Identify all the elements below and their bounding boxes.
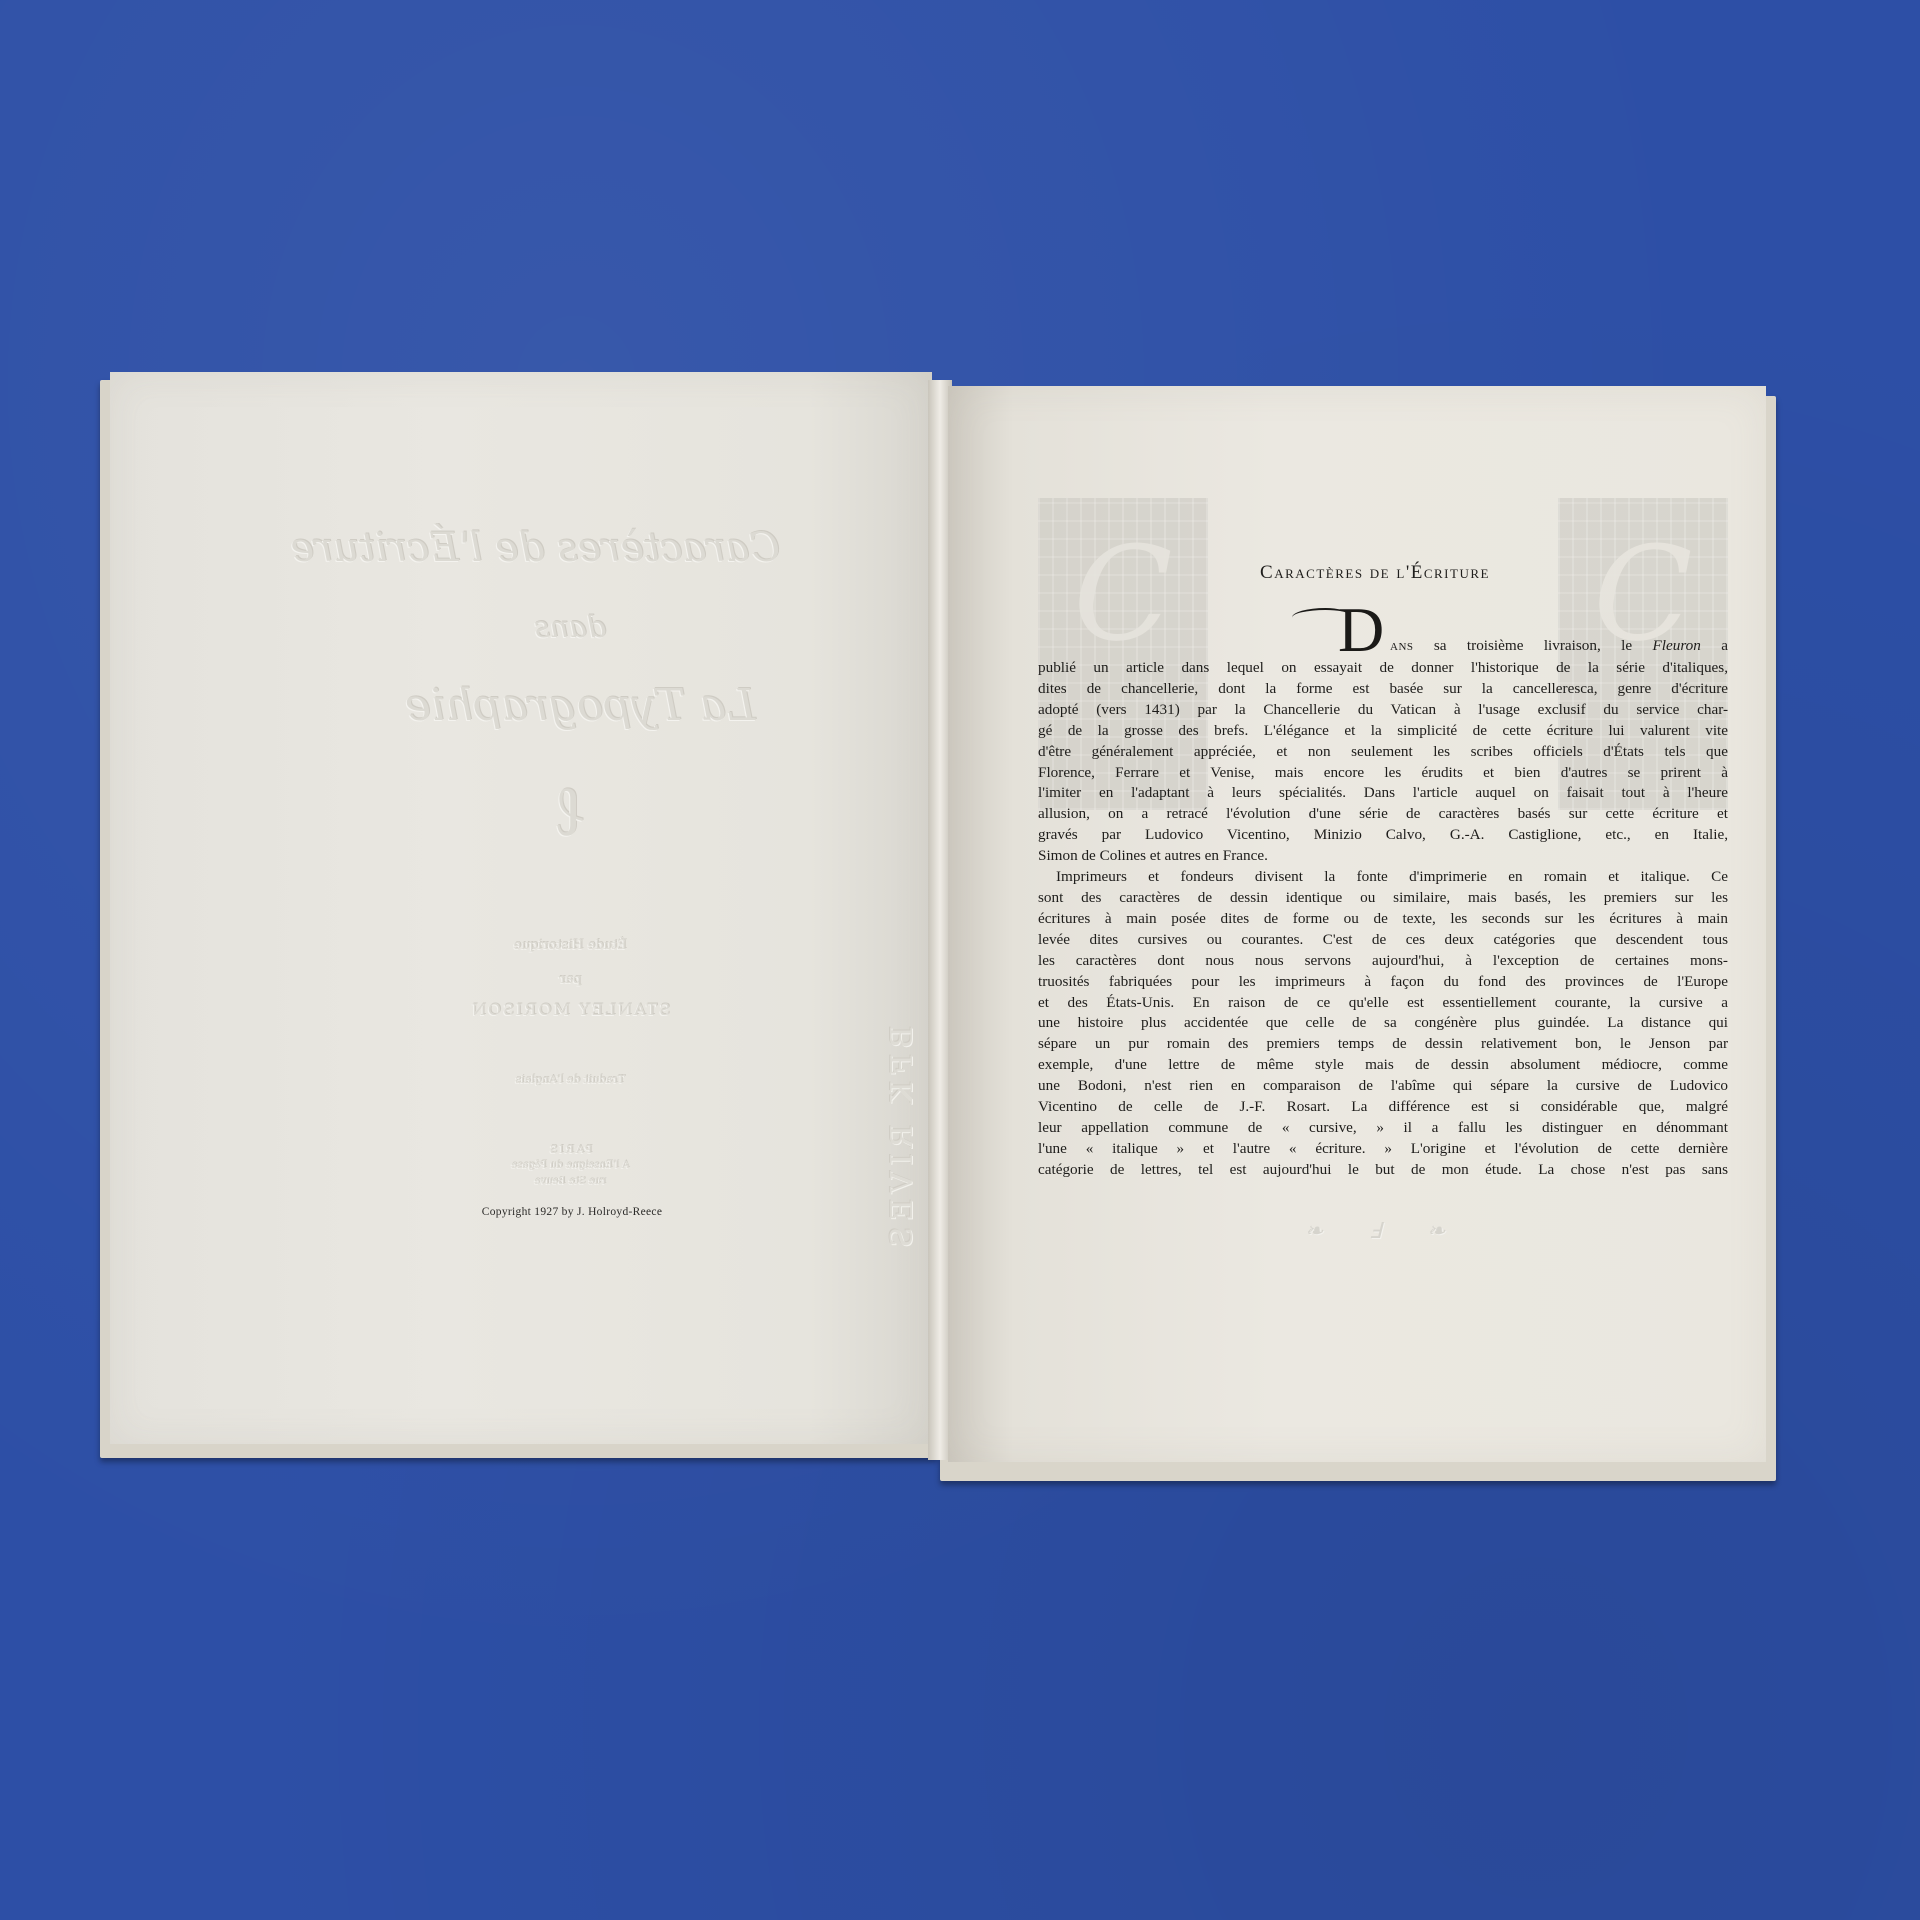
first-line-smallcaps: ans — [1390, 637, 1414, 654]
first-line-text: sa troisième livraison, le — [1414, 637, 1653, 654]
text-line: l'imiter en l'adaptant à leurs spécialit… — [1038, 783, 1728, 804]
text-line: Imprimeurs et fondeurs divisent la fonte… — [1038, 867, 1728, 888]
text-line: allusion, on a retracé l'évolution d'une… — [1038, 804, 1728, 825]
text-line: levée dites cursives ou courantes. C'est… — [1038, 930, 1728, 951]
body-text: D ans sa troisième livraison, le Fleuron… — [1038, 606, 1728, 1181]
embossed-address: rue Ste Beuve — [510, 1176, 630, 1187]
first-line-italic: Fleuron — [1653, 637, 1701, 654]
embossed-author: STANLEY MORISON — [455, 1000, 685, 1019]
embossed-translation: Traduit de l'Anglais — [495, 1073, 645, 1086]
paper-watermark: BFK RIVES — [885, 960, 925, 1320]
text-line: une Bodoni, n'est rien en comparaison de… — [1038, 1076, 1728, 1097]
text-line: Vicentino de celle de J.-F. Rosart. La d… — [1038, 1097, 1728, 1118]
text-line: truosités fabriquées pour les imprimeurs… — [1038, 972, 1728, 993]
show-through-footer: ❧ Ⅎ ❧ — [1040, 1218, 1730, 1278]
paragraph-1: publié un article dans lequel on essayai… — [1038, 658, 1728, 867]
embossed-title-line1: Caractères de l'Écriture — [360, 525, 780, 571]
text-line: Florence, Ferrare et Venise, mais encore… — [1038, 763, 1728, 784]
text-line: écritures à main posée dites de forme ou… — [1038, 909, 1728, 930]
embossed-city: PARIS — [525, 1143, 615, 1156]
text-line: exemple, d'une lettre de même style mais… — [1038, 1055, 1728, 1076]
text-line: Simon de Colines et autres en France. — [1038, 846, 1728, 867]
text-line: gé de la grosse des brefs. L'élégance et… — [1038, 721, 1728, 742]
embossed-subtitle: Étude Historique — [470, 938, 670, 953]
paragraph-2: Imprimeurs et fondeurs divisent la fonte… — [1038, 867, 1728, 1181]
text-line: sépare un pur romain des premiers temps … — [1038, 1034, 1728, 1055]
embossed-title-line2: dans — [470, 610, 670, 645]
first-line-end: a — [1701, 637, 1728, 654]
text-line: catégorie de lettres, tel est aujourd'hu… — [1038, 1160, 1728, 1181]
text-line: gravés par Ludovico Vicentino, Minizio C… — [1038, 825, 1728, 846]
text-line: une histoire plus accidentée que celle d… — [1038, 1013, 1728, 1034]
text-line: leur appellation commune de « cursive, »… — [1038, 1118, 1728, 1139]
embossed-flourish-icon: ℓ — [480, 770, 660, 853]
embossed-publisher: A l'Enseigne du Pégase — [490, 1160, 650, 1171]
text-line: dites de chancellerie, dont la forme est… — [1038, 679, 1728, 700]
text-line: les caractères dont nous nous servons au… — [1038, 951, 1728, 972]
text-line: sont des caractères de dessin identique … — [1038, 888, 1728, 909]
text-line: et des États-Unis. En raison de ce qu'el… — [1038, 993, 1728, 1014]
ornament-icon: ❧ Ⅎ ❧ — [1040, 1218, 1730, 1244]
text-line: adopté (vers 1431) par la Chancellerie d… — [1038, 700, 1728, 721]
open-book: Caractères de l'Écriture dans La Typogra… — [0, 0, 1920, 1920]
embossed-title-line3: La Typographie — [380, 680, 780, 731]
first-line: ans sa troisième livraison, le Fleuron a — [1390, 636, 1728, 657]
embossed-by: par — [540, 972, 600, 987]
dropcap: D — [1338, 598, 1384, 662]
text-line: d'être généralement appréciée, et non se… — [1038, 742, 1728, 763]
chapter-heading: Caractères de l'Écriture — [1110, 562, 1640, 584]
text-line: l'une « italique » et l'autre « écriture… — [1038, 1139, 1728, 1160]
copyright-line: Copyright 1927 by J. Holroyd-Reece — [462, 1206, 682, 1218]
dropcap-line: D ans sa troisième livraison, le Fleuron… — [1038, 606, 1728, 658]
